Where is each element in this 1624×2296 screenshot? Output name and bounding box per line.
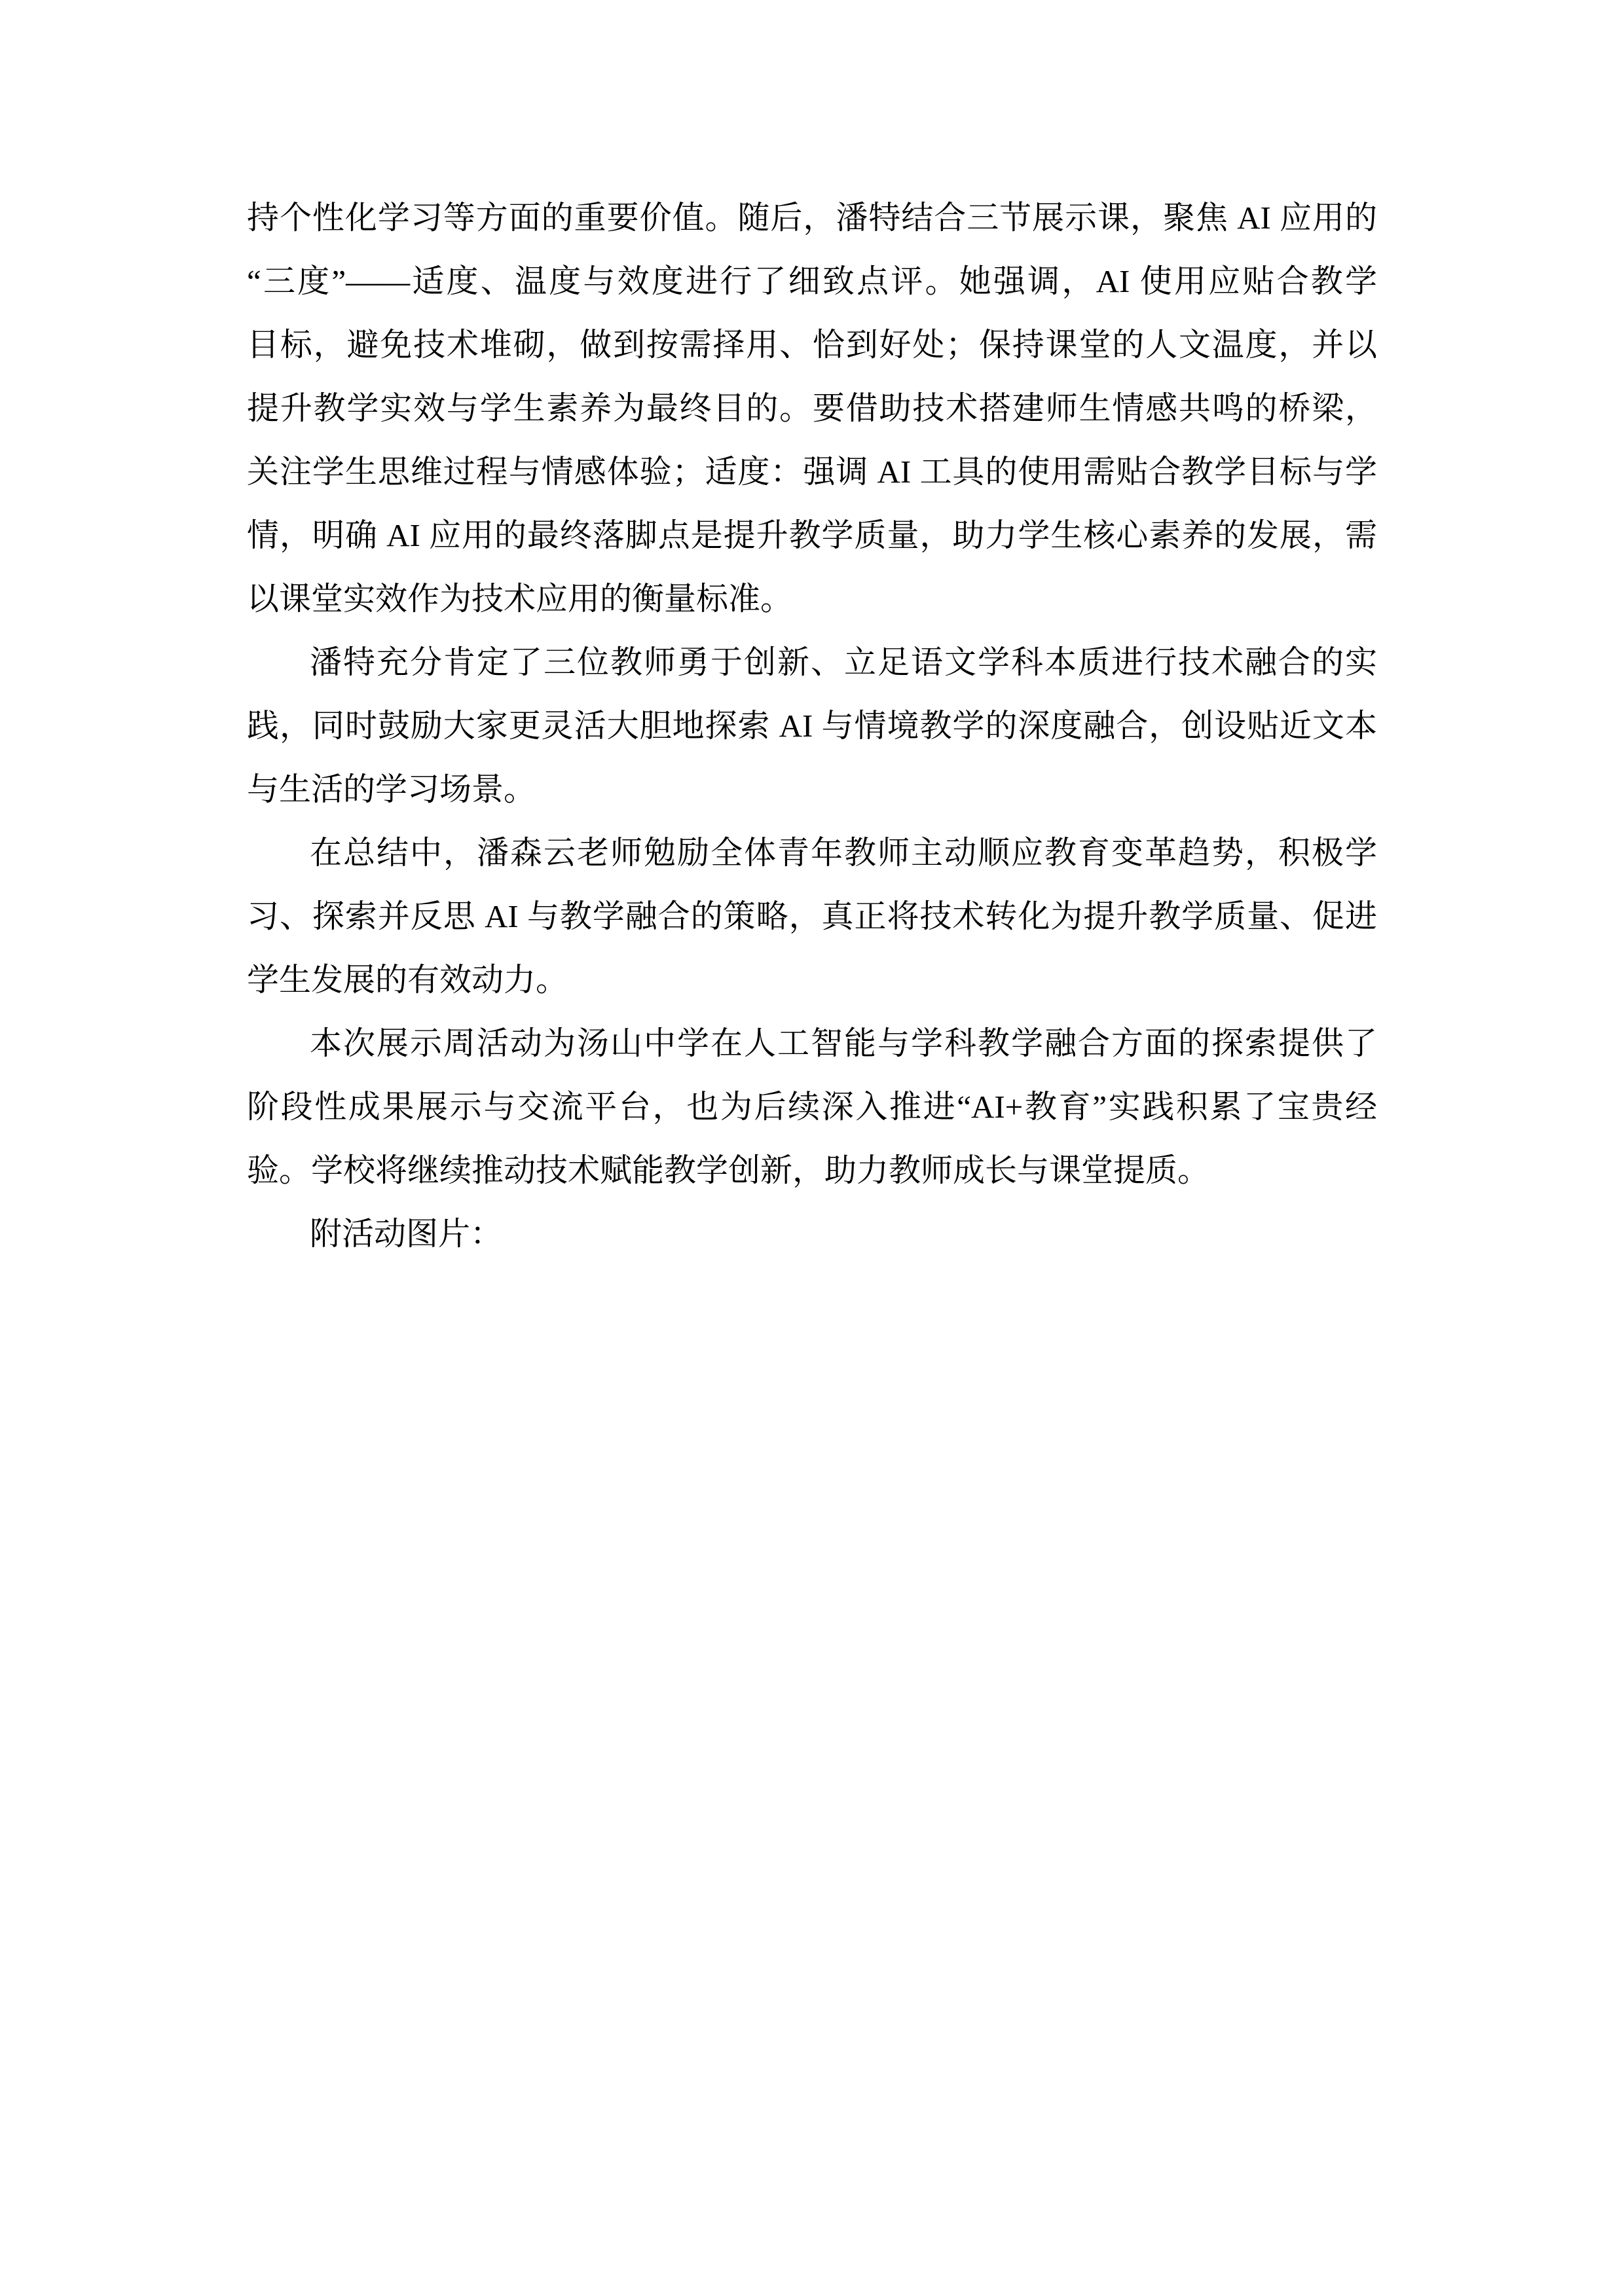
text-line: 目标，避免技术堆砌，做到按需择用、恰到好处；保持课堂的人文温度，并以 xyxy=(247,313,1377,376)
text-line paragraph-end: 学生发展的有效动力。 xyxy=(247,948,1377,1011)
text-line: 践，同时鼓励大家更灵活大胆地探索 AI 与情境教学的深度融合，创设贴近文本 xyxy=(247,694,1377,757)
text-line: 阶段性成果展示与交流平台，也为后续深入推进“AI+教育”实践积累了宝贵经 xyxy=(247,1075,1377,1139)
text-line paragraph-start: 潘特充分肯定了三位教师勇于创新、立足语文学科本质进行技术融合的实 xyxy=(247,630,1377,694)
text-line attachment-caption: 附活动图片： xyxy=(247,1202,1377,1266)
text-line paragraph-end: 验。学校将继续推动技术赋能教学创新，助力教师成长与课堂提质。 xyxy=(247,1139,1377,1202)
text-line: “三度”——适度、温度与效度进行了细致点评。她强调，AI 使用应贴合教学 xyxy=(247,249,1377,313)
text-line: 习、探索并反思 AI 与教学融合的策略，真正将技术转化为提升教学质量、促进 xyxy=(247,884,1377,948)
text-line: 关注学生思维过程与情感体验；适度：强调 AI 工具的使用需贴合教学目标与学 xyxy=(247,440,1377,503)
document-text-block: 持个性化学习等方面的重要价值。随后，潘特结合三节展示课，聚焦 AI 应用的 “三… xyxy=(247,186,1377,1266)
text-line: 情，明确 AI 应用的最终落脚点是提升教学质量，助力学生核心素养的发展，需 xyxy=(247,503,1377,567)
text-line paragraph-start: 在总结中，潘森云老师勉励全体青年教师主动顺应教育变革趋势，积极学 xyxy=(247,821,1377,884)
text-line: 提升教学实效与学生素养为最终目的。要借助技术搭建师生情感共鸣的桥梁， xyxy=(247,376,1377,440)
document-page: 持个性化学习等方面的重要价值。随后，潘特结合三节展示课，聚焦 AI 应用的 “三… xyxy=(0,0,1624,2296)
text-line paragraph-end: 与生活的学习场景。 xyxy=(247,757,1377,821)
text-line paragraph-start: 本次展示周活动为汤山中学在人工智能与学科教学融合方面的探索提供了 xyxy=(247,1011,1377,1075)
text-line paragraph-end: 以课堂实效作为技术应用的衡量标准。 xyxy=(247,567,1377,630)
text-line: 持个性化学习等方面的重要价值。随后，潘特结合三节展示课，聚焦 AI 应用的 xyxy=(247,186,1377,249)
